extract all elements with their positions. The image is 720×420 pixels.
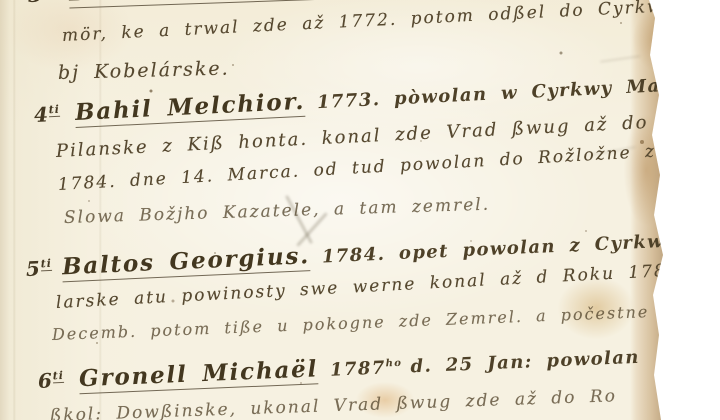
entry-3-number: 3ti [28,0,55,7]
entry-5-name: Baltos Georgius. [61,242,310,282]
entry-6-number: 6ti [37,368,64,393]
entry-3-name: Baltos Georgius 17 [69,0,358,9]
entry-6-year: 1787ho [330,357,403,381]
entry-3-line-2: bj Kobelárske. [58,58,230,84]
document-scan: 3ti Baltos Georgius 17 mör, ke a trwal z… [0,0,720,420]
manuscript-paper: 3ti Baltos Georgius 17 mör, ke a trwal z… [0,0,670,420]
entry-5-number: 5ti [25,256,52,281]
entry-6-heading-rest: d. 25 Jan: powolan [410,347,640,378]
entry-6-name: Gronell Michaël [79,355,319,394]
entry-4-number: 4ti [33,102,60,127]
entry-4-name: Bahil Melchior. [74,88,305,128]
entry-3-line-1: mör, ke a trwal zde až 1772. potom odßel… [62,0,676,46]
entry-4-heading-rest: 1773. pòwolan w Cyrkwy Malt [317,74,679,113]
entry-4-line-3: Slowa Božjho Kazatele, a tam zemrel. [64,195,491,228]
paper-speckles [0,0,2,2]
entry-3-heading: 3ti Baltos Georgius 17 [27,0,358,10]
ink-smudge [600,55,640,63]
